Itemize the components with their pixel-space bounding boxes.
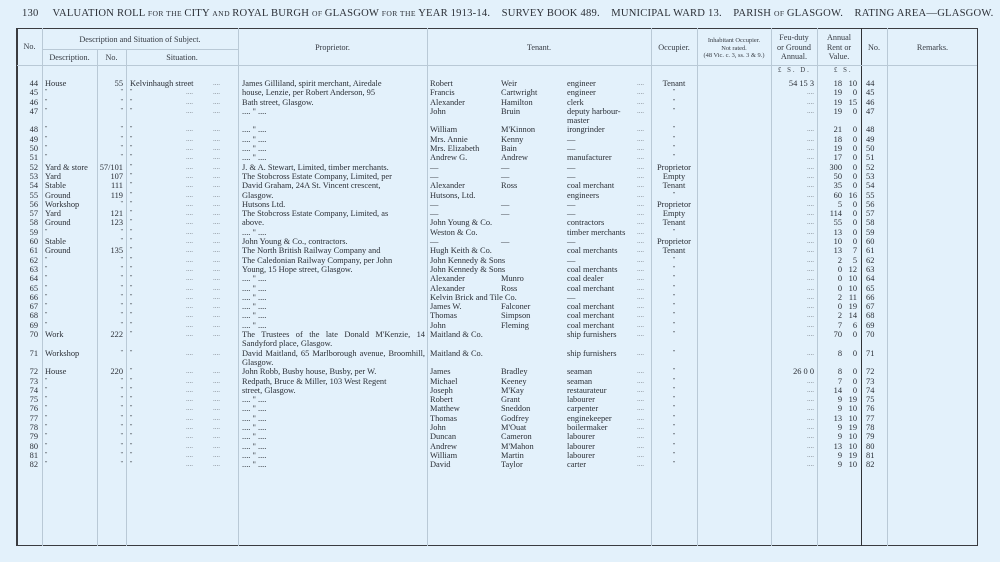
dot-leader: .... — [213, 256, 220, 265]
row-number-right: 51 — [866, 153, 884, 162]
street-number: 55 — [97, 79, 123, 88]
occupier: " — [651, 293, 697, 302]
proprietor: John Robb, Busby house, Busby, per W. — [242, 367, 425, 376]
street-number: 222 — [97, 330, 123, 339]
occupier: " — [651, 442, 697, 451]
occupier: Empty — [651, 209, 697, 218]
rent-shillings: 0 — [843, 144, 857, 153]
table-row: 82""".... " ....DavidTaylorcarter"....91… — [0, 460, 1000, 469]
row-number-right: 64 — [866, 274, 884, 283]
rent-shillings: 19 — [843, 302, 857, 311]
tenant-last: Keeney — [501, 377, 566, 386]
occupier: " — [651, 228, 697, 237]
proprietor: .... " .... — [242, 284, 425, 293]
street-number: " — [97, 404, 123, 413]
row-number-right: 75 — [866, 395, 884, 404]
feu-duty: .... — [772, 256, 814, 265]
situation: " — [130, 302, 186, 311]
situation: " — [130, 284, 186, 293]
row-number-right: 67 — [866, 302, 884, 311]
table-row: 44House55Kelvinhaugh streetJames Gillila… — [0, 79, 1000, 88]
row-number: 79 — [20, 432, 38, 441]
row-number: 61 — [20, 246, 38, 255]
tenant-first: Matthew — [430, 404, 506, 413]
description: " — [45, 284, 97, 293]
description: Yard — [45, 172, 97, 181]
tenant-occupation: coal merchant — [567, 321, 635, 330]
tenant-last: Taylor — [501, 460, 566, 469]
row-number-right: 70 — [866, 330, 884, 339]
tenant-last: — — [501, 209, 566, 218]
row-number-right: 46 — [866, 98, 884, 107]
description: " — [45, 414, 97, 423]
occupier: Tenant — [651, 246, 697, 255]
street-number: " — [97, 125, 123, 134]
dot-leader: .... — [186, 367, 193, 376]
street-number: " — [97, 293, 123, 302]
rent-shillings: 10 — [843, 274, 857, 283]
rent-pounds: 2 — [820, 293, 842, 302]
header-feu-duty: Feu-duty or Ground Annual. — [771, 33, 817, 62]
tenant-first: John — [430, 423, 506, 432]
rent-shillings: 0 — [843, 125, 857, 134]
header-no-right: No. — [861, 43, 887, 53]
title-part: FOR THE — [148, 9, 184, 18]
rent-shillings: 10 — [843, 79, 857, 88]
dot-leader: .... — [186, 218, 193, 227]
description: " — [45, 135, 97, 144]
row-number-right: 78 — [866, 423, 884, 432]
feu-duty: .... — [772, 107, 814, 116]
street-number: " — [97, 274, 123, 283]
rent-shillings: 19 — [843, 451, 857, 460]
feu-duty: .... — [772, 153, 814, 162]
dot-leader: .... — [213, 144, 220, 153]
description: " — [45, 321, 97, 330]
proprietor: .... " .... — [242, 125, 425, 134]
dot-leader: .... — [186, 395, 193, 404]
tenant-occupation: labourer — [567, 451, 635, 460]
occupier: " — [651, 256, 697, 265]
dot-leader: .... — [213, 432, 220, 441]
dot-leader: .... — [213, 423, 220, 432]
dot-leader: .... — [213, 191, 220, 200]
occupier: " — [651, 414, 697, 423]
tenant-last: M'Ouat — [501, 423, 566, 432]
feu-duty: .... — [772, 284, 814, 293]
feu-duty: .... — [772, 293, 814, 302]
tenant-occupation: coal merchants — [567, 265, 635, 274]
row-number: 62 — [20, 256, 38, 265]
dot-leader: .... — [186, 135, 193, 144]
description: House — [45, 367, 97, 376]
occupier: " — [651, 330, 697, 339]
rent-pounds: 9 — [820, 423, 842, 432]
tenant-occupation: — — [567, 200, 635, 209]
rent-shillings: 0 — [843, 200, 857, 209]
tenant-first: Alexander — [430, 274, 506, 283]
dot-leader: .... — [637, 191, 644, 200]
occupier: " — [651, 98, 697, 107]
row-number: 57 — [20, 209, 38, 218]
feu-duty: .... — [772, 163, 814, 172]
proprietor: street, Glasgow. — [242, 386, 425, 395]
proprietor: The Caledonian Railway Company, per John — [242, 256, 425, 265]
row-number: 74 — [20, 386, 38, 395]
row-number: 73 — [20, 377, 38, 386]
description: " — [45, 125, 97, 134]
street-number: 121 — [97, 209, 123, 218]
row-number: 49 — [20, 135, 38, 144]
row-number-right: 68 — [866, 311, 884, 320]
tenant-first: Alexander — [430, 284, 506, 293]
feu-duty: .... — [772, 349, 814, 358]
proprietor: .... " .... — [242, 274, 425, 283]
dot-leader: .... — [637, 404, 644, 413]
tenant-occupation: engineer — [567, 79, 635, 88]
tenant-occupation: coal merchant — [567, 284, 635, 293]
street-number: " — [97, 256, 123, 265]
title-part: ROYAL BURGH — [232, 8, 312, 19]
rent-shillings: 0 — [843, 218, 857, 227]
rent-pounds: 13 — [820, 414, 842, 423]
table-row: 51""".... " ....Andrew G.Andrewmanufactu… — [0, 153, 1000, 162]
situation: " — [130, 367, 186, 376]
table-row: 61Ground135"The North British Railway Co… — [0, 246, 1000, 255]
tenant-first: Michael — [430, 377, 506, 386]
tenant-occupation: coal merchants — [567, 246, 635, 255]
dot-leader: .... — [213, 218, 220, 227]
table-row: 66""".... " ....Kelvin Brick and Tile Co… — [0, 293, 1000, 302]
header-proprietor: Proprietor. — [238, 43, 427, 53]
feu-duty: .... — [772, 218, 814, 227]
row-number: 54 — [20, 181, 38, 190]
page-title: 130VALUATION ROLL FOR THE CITY AND ROYAL… — [22, 8, 982, 19]
row-number: 52 — [20, 163, 38, 172]
tenant-occupation: enginekeeper — [567, 414, 635, 423]
situation: " — [130, 349, 186, 358]
dot-leader: .... — [186, 321, 193, 330]
proprietor: .... " .... — [242, 135, 425, 144]
dot-leader: .... — [186, 144, 193, 153]
dot-leader: .... — [637, 274, 644, 283]
description: Ground — [45, 246, 97, 255]
rent-shillings: 10 — [843, 432, 857, 441]
row-number: 68 — [20, 311, 38, 320]
proprietor: David Graham, 24A St. Vincent crescent, — [242, 181, 425, 190]
rent-pounds: 10 — [820, 237, 842, 246]
description: " — [45, 442, 97, 451]
street-number: " — [97, 144, 123, 153]
dot-leader: .... — [186, 265, 193, 274]
tenant-first: Maitland & Co. — [430, 349, 506, 358]
street-number: " — [97, 200, 123, 209]
street-number: 119 — [97, 191, 123, 200]
row-number: 66 — [20, 293, 38, 302]
feu-duty: .... — [772, 246, 814, 255]
proprietor: .... " .... — [242, 442, 425, 451]
street-number: 135 — [97, 246, 123, 255]
street-number: " — [97, 284, 123, 293]
dot-leader: .... — [213, 135, 220, 144]
street-number: " — [97, 321, 123, 330]
feu-duty: .... — [772, 414, 814, 423]
tenant-last: M'Kinnon — [501, 125, 566, 134]
row-number-right: 55 — [866, 191, 884, 200]
dot-leader: .... — [186, 107, 193, 116]
rent-pounds: 19 — [820, 144, 842, 153]
rent-pounds: 13 — [820, 246, 842, 255]
occupier: " — [651, 265, 697, 274]
rent-pounds: 9 — [820, 395, 842, 404]
tenant-first: Alexander — [430, 181, 506, 190]
proprietor: .... " .... — [242, 153, 425, 162]
tenant-occupation: boilermaker — [567, 423, 635, 432]
rent-pounds: 13 — [820, 442, 842, 451]
street-number: 123 — [97, 218, 123, 227]
rent-pounds: 60 — [820, 191, 842, 200]
dot-leader: .... — [637, 330, 644, 339]
feu-duty: .... — [772, 423, 814, 432]
tenant-first: Kelvin Brick and Tile Co. — [430, 293, 506, 302]
tenant-occupation: labourer — [567, 432, 635, 441]
situation: " — [130, 144, 186, 153]
dot-leader: .... — [186, 125, 193, 134]
tenant-last: Grant — [501, 395, 566, 404]
situation: " — [130, 246, 186, 255]
dot-leader: .... — [186, 191, 193, 200]
rent-shillings: 6 — [843, 321, 857, 330]
tenant-occupation: — — [567, 209, 635, 218]
table-row: 50""".... " ....Mrs. ElizabethBain—"....… — [0, 144, 1000, 153]
tenant-first: Alexander — [430, 98, 506, 107]
street-number: " — [97, 451, 123, 460]
rent-pounds: 7 — [820, 321, 842, 330]
dot-leader: .... — [186, 293, 193, 302]
proprietor: .... " .... — [242, 293, 425, 302]
dot-leader: .... — [637, 88, 644, 97]
street-number: 57/101 — [97, 163, 123, 172]
tenant-first: Mrs. Elizabeth — [430, 144, 506, 153]
occupier: " — [651, 423, 697, 432]
title-part: AND — [212, 9, 232, 18]
tenant-first: — — [430, 200, 506, 209]
roll-title: VALUATION ROLL FOR THE CITY AND ROYAL BU… — [53, 8, 994, 19]
row-number: 80 — [20, 442, 38, 451]
tenant-occupation: engineers — [567, 191, 635, 200]
tenant-last: Munro — [501, 274, 566, 283]
rent-shillings: 10 — [843, 284, 857, 293]
dot-leader: .... — [213, 107, 220, 116]
dot-leader: .... — [213, 209, 220, 218]
feu-duty: .... — [772, 135, 814, 144]
rent-shillings: 14 — [843, 311, 857, 320]
tenant-occupation: seaman — [567, 367, 635, 376]
rent-shillings: 0 — [843, 172, 857, 181]
tenant-first: Francis — [430, 88, 506, 97]
dot-leader: .... — [186, 377, 193, 386]
tenant-last: Falconer — [501, 302, 566, 311]
dot-leader: .... — [637, 98, 644, 107]
situation: " — [130, 181, 186, 190]
description: " — [45, 404, 97, 413]
rent-shillings: 11 — [843, 293, 857, 302]
dot-leader: .... — [637, 321, 644, 330]
feu-duty: .... — [772, 404, 814, 413]
description: Stable — [45, 181, 97, 190]
proprietor: The Stobcross Estate Company, Limited, p… — [242, 172, 425, 181]
tenant-last: — — [501, 172, 566, 181]
tenant-first: Joseph — [430, 386, 506, 395]
row-number: 53 — [20, 172, 38, 181]
street-number: " — [97, 153, 123, 162]
description: House — [45, 79, 97, 88]
header-desc-no: No. — [97, 53, 126, 63]
situation: " — [130, 153, 186, 162]
situation: " — [130, 442, 186, 451]
street-number: " — [97, 88, 123, 97]
dot-leader: .... — [186, 209, 193, 218]
row-number: 67 — [20, 302, 38, 311]
proprietor: J. & A. Stewart, Limited, timber merchan… — [242, 163, 425, 172]
feu-duty: .... — [772, 432, 814, 441]
situation: " — [130, 311, 186, 320]
dot-leader: .... — [213, 79, 220, 88]
proprietor: .... " .... — [242, 414, 425, 423]
title-part: OF — [774, 9, 787, 18]
row-number-right: 79 — [866, 432, 884, 441]
row-number: 60 — [20, 237, 38, 246]
rent-pounds: 50 — [820, 172, 842, 181]
tenant-first: John — [430, 321, 506, 330]
dot-leader: .... — [186, 98, 193, 107]
dot-leader: .... — [637, 302, 644, 311]
row-number-right: 56 — [866, 200, 884, 209]
table-row: 79""".... " ....DuncanCameronlabourer"..… — [0, 432, 1000, 441]
table-row: 59""".... " ....Weston & Co.timber merch… — [0, 228, 1000, 237]
proprietor: .... " .... — [242, 321, 425, 330]
description: " — [45, 293, 97, 302]
situation: " — [130, 274, 186, 283]
tenant-occupation: carter — [567, 460, 635, 469]
feu-duty: .... — [772, 451, 814, 460]
dot-leader: .... — [186, 349, 193, 358]
dot-leader: .... — [637, 432, 644, 441]
dot-leader: .... — [213, 246, 220, 255]
tenant-first: John Kennedy & Sons — [430, 265, 506, 274]
dot-leader: .... — [186, 451, 193, 460]
situation: " — [130, 423, 186, 432]
feu-duty: .... — [772, 209, 814, 218]
dot-leader: .... — [213, 293, 220, 302]
rent-pounds: 300 — [820, 163, 842, 172]
description: " — [45, 423, 97, 432]
situation: " — [130, 321, 186, 330]
row-number: 48 — [20, 125, 38, 134]
tenant-first: John Kennedy & Sons — [430, 256, 506, 265]
row-number-right: 80 — [866, 442, 884, 451]
tenant-occupation: ship furnishers — [567, 330, 635, 339]
rent-pounds: 0 — [820, 302, 842, 311]
proprietor: Hutsons Ltd. — [242, 200, 425, 209]
rent-pounds: 9 — [820, 432, 842, 441]
description: Workshop — [45, 200, 97, 209]
row-number-right: 65 — [866, 284, 884, 293]
tenant-occupation: — — [567, 163, 635, 172]
dot-leader: .... — [213, 200, 220, 209]
description: " — [45, 432, 97, 441]
occupier: " — [651, 107, 697, 116]
tenant-occupation: — — [567, 237, 635, 246]
rent-pounds: 9 — [820, 460, 842, 469]
dot-leader: .... — [213, 163, 220, 172]
tenant-first: Andrew — [430, 442, 506, 451]
description: Yard & store — [45, 163, 97, 172]
table-row: 71Workshop""David Maitland, 65 Marlborou… — [0, 349, 1000, 368]
table-row: 76""".... " ....MatthewSneddoncarpenter"… — [0, 404, 1000, 413]
row-number-right: 61 — [866, 246, 884, 255]
row-number: 51 — [20, 153, 38, 162]
proprietor: .... " .... — [242, 423, 425, 432]
tenant-occupation: — — [567, 256, 635, 265]
description: Yard — [45, 209, 97, 218]
valuation-rows: 44House55Kelvinhaugh streetJames Gillila… — [0, 79, 1000, 469]
tenant-first: — — [430, 209, 506, 218]
row-number: 46 — [20, 98, 38, 107]
table-row: 78""".... " ....JohnM'Ouatboilermaker"..… — [0, 423, 1000, 432]
rent-pounds: 55 — [820, 218, 842, 227]
rent-shillings: 0 — [843, 163, 857, 172]
tenant-first: Thomas — [430, 311, 506, 320]
row-number-right: 82 — [866, 460, 884, 469]
tenant-first: James — [430, 367, 506, 376]
row-number: 71 — [20, 349, 38, 358]
table-row: 77""".... " ....ThomasGodfreyenginekeepe… — [0, 414, 1000, 423]
rent-shillings: 0 — [843, 367, 857, 376]
situation: " — [130, 209, 186, 218]
situation: " — [130, 451, 186, 460]
street-number: " — [97, 265, 123, 274]
rent-shillings: 0 — [843, 349, 857, 358]
dot-leader: .... — [637, 237, 644, 246]
row-number: 47 — [20, 107, 38, 116]
tenant-last: Hamilton — [501, 98, 566, 107]
situation: Kelvinhaugh street — [130, 79, 186, 88]
proprietor: .... " .... — [242, 144, 425, 153]
dot-leader: .... — [186, 330, 193, 339]
occupier: " — [651, 377, 697, 386]
table-row: 72House220"John Robb, Busby house, Busby… — [0, 367, 1000, 376]
row-number-right: 72 — [866, 367, 884, 376]
description: " — [45, 274, 97, 283]
occupier: " — [651, 125, 697, 134]
dot-leader: .... — [637, 246, 644, 255]
occupier: " — [651, 451, 697, 460]
table-row: 67""".... " ....James W.Falconercoal mer… — [0, 302, 1000, 311]
proprietor: David Maitland, 65 Marlborough avenue, B… — [242, 349, 425, 368]
situation: " — [130, 265, 186, 274]
proprietor: .... " .... — [242, 311, 425, 320]
row-number-right: 47 — [866, 107, 884, 116]
feu-duty: .... — [772, 144, 814, 153]
rent-shillings: 10 — [843, 442, 857, 451]
description: " — [45, 107, 97, 116]
feu-duty: .... — [772, 265, 814, 274]
dot-leader: .... — [186, 200, 193, 209]
description: " — [45, 460, 97, 469]
dot-leader: .... — [637, 367, 644, 376]
rent-shillings: 10 — [843, 460, 857, 469]
